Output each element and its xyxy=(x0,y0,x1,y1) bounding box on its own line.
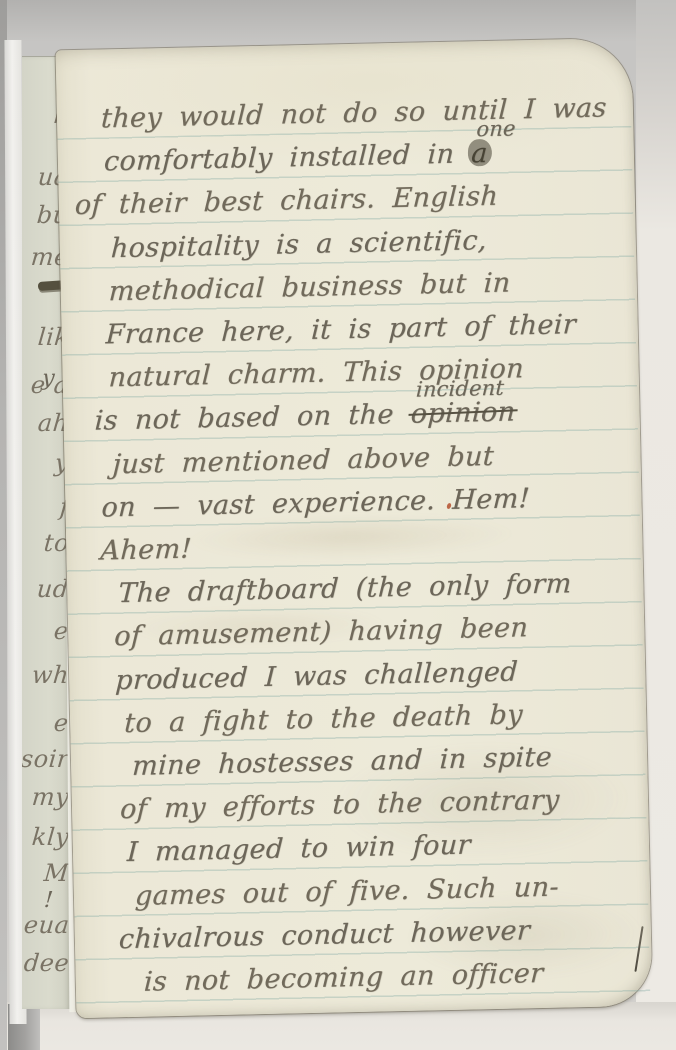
interlinear-insertion: one xyxy=(476,118,516,142)
notebook-page: they would not do so until I wascomforta… xyxy=(56,38,653,1018)
text-fragment: M xyxy=(43,861,70,885)
text-fragment: soir xyxy=(22,747,70,771)
text-fragment: wh xyxy=(31,663,70,687)
text-fragment: eua xyxy=(22,913,70,937)
handwriting-block: they would not do so until I wascomforta… xyxy=(56,38,632,51)
corrected-word: aone xyxy=(471,138,489,169)
handwritten-line: Ahem! xyxy=(100,535,193,567)
photographed-notebook: kuabumelike aahyftoudewhesoirmyklyMeuade… xyxy=(0,0,676,1050)
corrected-word: opinionincident xyxy=(410,397,516,430)
handwritten-text: Ahem! xyxy=(100,534,193,567)
margin-mark: y xyxy=(41,368,55,390)
text-fragment: my xyxy=(31,785,70,809)
text-fragment: ud xyxy=(36,577,70,601)
text-fragment: kly xyxy=(31,825,70,849)
text-fragment: dee xyxy=(23,951,70,975)
interlinear-insertion: incident xyxy=(415,377,504,402)
